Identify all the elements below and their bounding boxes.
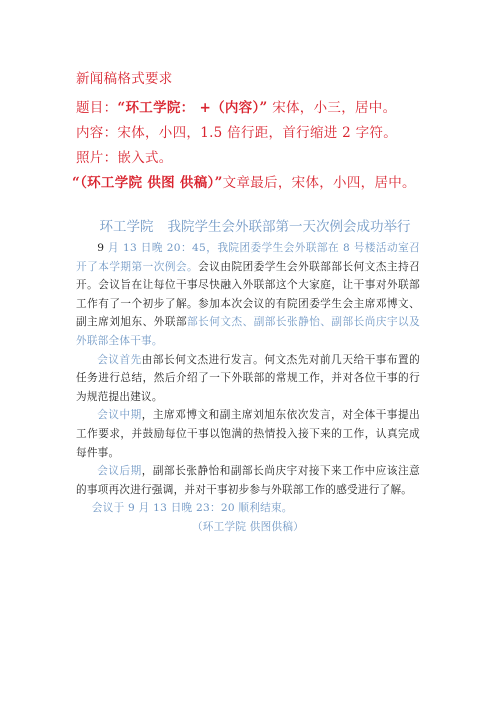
requirement-label: 内容：宋体，小四，1.5 倍行距，首行缩进 2 字符。 — [76, 125, 397, 141]
requirement-label: 照片：嵌入式。 — [76, 150, 173, 166]
requirement-content-format: 内容：宋体，小四，1.5 倍行距，首行缩进 2 字符。 — [76, 121, 397, 141]
article-paragraph-4: 会议后期，副部长张静怡和副部长尚庆宇对接下来工作中应该注意的事项再次进行强调，并… — [76, 462, 420, 499]
article-paragraph-3: 会议中期，主席邓博文和副主席刘旭东依次发言，对全体干事提出工作要求，并鼓励每位干… — [76, 406, 420, 462]
headline-main: 我院学生会外联部第一天次例会成功举行 — [168, 219, 411, 235]
para-segment-highlight: 会议中期 — [97, 409, 142, 421]
headline-prefix: 环工学院 — [100, 219, 154, 235]
article-closing: 会议于 9 月 13 日晚 23：20 顺利结束。 — [76, 499, 420, 518]
requirement-rest: 宋体，小三，居中。 — [268, 100, 397, 116]
requirement-title-format: 题目：“环工学院： +（内容）” 宋体，小三，居中。 — [76, 96, 396, 116]
document-page: 新闻稿格式要求 题目：“环工学院： +（内容）” 宋体，小三，居中。 内容：宋体… — [0, 0, 500, 708]
requirement-photo-format: 照片：嵌入式。 — [76, 146, 173, 166]
requirement-label: 题目： — [76, 100, 117, 116]
para-segment-highlight: 会议首先 — [97, 354, 142, 366]
article-paragraph-2: 会议首先由部长何文杰进行发言。何文杰先对前几天给干事布置的任务进行总结，然后介绍… — [76, 351, 420, 407]
article-paragraph-1: 9 月 13 日晚 20：45，我院团委学生会外联部在 8 号楼活动室召开了本学… — [76, 239, 420, 351]
news-article: 环工学院我院学生会外联部第一天次例会成功举行 9 月 13 日晚 20：45，我… — [76, 215, 420, 537]
article-credit: （环工学院 供图供稿） — [76, 518, 420, 537]
requirement-credit-format: “（环工学院 供图 供稿）”文章最后，宋体，小四，居中。 — [72, 171, 416, 191]
requirement-bold: “（环工学院 供图 供稿）” — [72, 175, 223, 191]
para-segment-highlight: 会议后期 — [97, 465, 142, 477]
article-headline: 环工学院我院学生会外联部第一天次例会成功举行 — [90, 215, 420, 235]
requirement-bold: “环工学院： +（内容）” — [117, 100, 267, 116]
requirement-rest: 文章最后，宋体，小四，居中。 — [223, 175, 416, 191]
requirements-title: 新闻稿格式要求 — [76, 67, 173, 87]
